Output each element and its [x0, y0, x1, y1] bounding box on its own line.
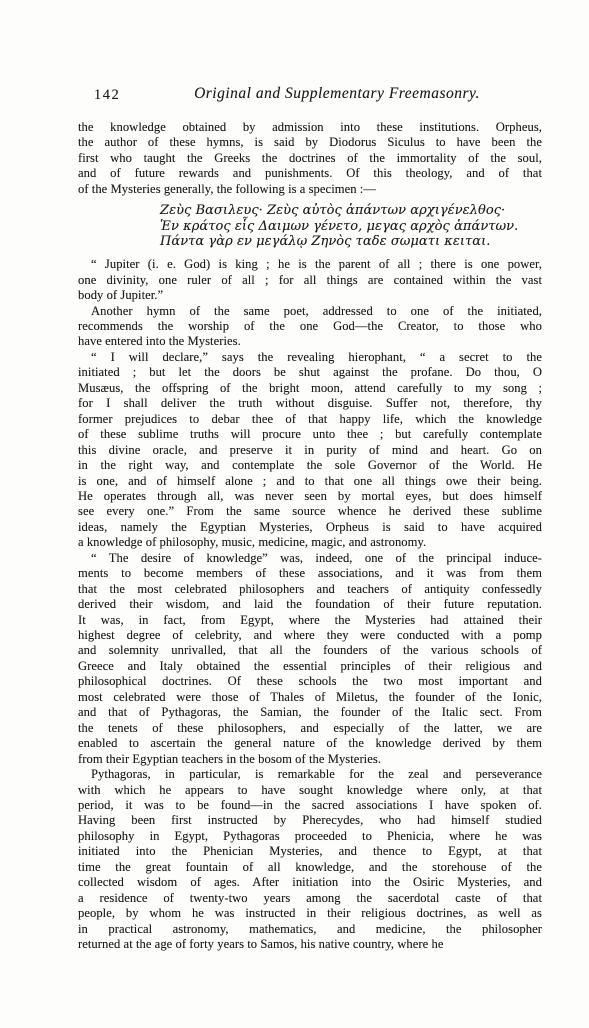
- text-line: of these sublime truths will procure unt…: [78, 427, 542, 442]
- text-line: Pythagoras, in particular, is remarkable…: [78, 767, 542, 782]
- text-line: It was, in fact, from Egypt, where the M…: [78, 613, 542, 628]
- text-line: “ The desire of knowledge” was, indeed, …: [78, 551, 542, 566]
- text-line: “ Jupiter (i. e. God) is king ; he is th…: [78, 257, 542, 272]
- text-line: and that of Pythagoras, the Samian, the …: [78, 705, 542, 720]
- text-line: He operates through all, was never seen …: [78, 489, 542, 504]
- text-line: and solemnity unrivalled, that all the f…: [78, 643, 542, 658]
- text-line: the knowledge obtained by admission into…: [78, 120, 542, 135]
- text-line: a knowledge of philosophy, music, medici…: [78, 535, 542, 550]
- text-line: period, it was to be found—in the sacred…: [78, 798, 542, 813]
- text-line: and of future rewards and punishments. O…: [78, 166, 542, 181]
- text-line: this divine oracle, and preserve it in p…: [78, 443, 542, 458]
- text-line: a residence of twenty-two years among th…: [78, 891, 542, 906]
- text-line: enabled to ascertain the general nature …: [78, 736, 542, 751]
- text-line: from their Egyptian teachers in the boso…: [78, 752, 542, 767]
- text-line: one divinity, one ruler of all ; for all…: [78, 273, 542, 288]
- text-line: highest degree of celebrity, and where t…: [78, 628, 542, 643]
- text-line: most celebrated were those of Thales of …: [78, 690, 542, 705]
- text-line: that the most celebrated philosophers an…: [78, 582, 542, 597]
- page-number: 142: [94, 87, 120, 104]
- greek-verse-line: Ἑν κράτος εἷς Δαιμων γένετο, μεγας αρχὸς…: [160, 219, 542, 234]
- text-line: first who taught the Greeks the doctrine…: [78, 151, 542, 166]
- text-line: philosophical doctrines. Of these school…: [78, 674, 542, 689]
- text-line: have entered into the Mysteries.: [78, 334, 542, 349]
- text-line: time the great fountain of all knowledge…: [78, 860, 542, 875]
- page-header: 142 Original and Supplementary Freemason…: [78, 85, 542, 107]
- paragraph: Another hymn of the same poet, addressed…: [78, 304, 542, 350]
- greek-verse-line: Ζεὺς Βασιλευς· Ζεὺς αὐτὸς ἁπάντων αρχιγέ…: [160, 203, 542, 218]
- greek-verse-line: Πάντα γὰρ εν μεγάλῳ Ζηνὸς ταδε σωματι κε…: [160, 234, 542, 249]
- text-line: the tenets of these philosophers, and es…: [78, 721, 542, 736]
- text-line: is one, and of himself alone ; and to th…: [78, 474, 542, 489]
- paragraph: “ The desire of knowledge” was, indeed, …: [78, 551, 542, 767]
- text-line: Another hymn of the same poet, addressed…: [78, 304, 542, 319]
- page-body: the knowledge obtained by admission into…: [78, 120, 542, 953]
- running-title: Original and Supplementary Freemasonry.: [78, 85, 542, 103]
- book-page: 142 Original and Supplementary Freemason…: [0, 0, 589, 1028]
- text-line: see every one.” From the same source whe…: [78, 504, 542, 519]
- text-line: in practical astronomy, mathematics, and…: [78, 922, 542, 937]
- text-line: ments to become members of these associa…: [78, 566, 542, 581]
- text-line: former prejudices to debar thee of that …: [78, 412, 542, 427]
- paragraph: “ I will declare,” says the revealing hi…: [78, 350, 542, 551]
- greek-verse: Ζεὺς Βασιλευς· Ζεὺς αὐτὸς ἁπάντων αρχιγέ…: [160, 203, 542, 249]
- text-line: returned at the age of forty years to Sa…: [78, 937, 542, 952]
- text-line: derived their wisdom, and laid the found…: [78, 597, 542, 612]
- text-line: “ I will declare,” says the revealing hi…: [78, 350, 542, 365]
- paragraph: “ Jupiter (i. e. God) is king ; he is th…: [78, 257, 542, 303]
- text-line: Greece and Italy obtained the essential …: [78, 659, 542, 674]
- text-line: initiated ; but let the doors be shut ag…: [78, 365, 542, 380]
- text-line: of the Mysteries generally, the followin…: [78, 182, 542, 197]
- text-line: people, by whom he was instructed in the…: [78, 906, 542, 921]
- text-line: Musæus, the offspring of the bright moon…: [78, 381, 542, 396]
- text-line: body of Jupiter.”: [78, 288, 542, 303]
- paragraph: Pythagoras, in particular, is remarkable…: [78, 767, 542, 952]
- text-line: Having been first instructed by Pherecyd…: [78, 813, 542, 828]
- text-line: initiated into the Phenician Mysteries, …: [78, 844, 542, 859]
- paragraph: the knowledge obtained by admission into…: [78, 120, 542, 197]
- text-line: for I shall deliver the truth without di…: [78, 396, 542, 411]
- text-line: in the right way, and contemplate the so…: [78, 458, 542, 473]
- text-line: recommends the worship of the one God—th…: [78, 319, 542, 334]
- text-line: collected wisdom of ages. After initiati…: [78, 875, 542, 890]
- text-line: with which he appears to have sought kno…: [78, 783, 542, 798]
- text-line: the author of these hymns, is said by Di…: [78, 135, 542, 150]
- text-line: ideas, namely the Egyptian Mysteries, Or…: [78, 520, 542, 535]
- text-line: philosophy in Egypt, Pythagoras proceede…: [78, 829, 542, 844]
